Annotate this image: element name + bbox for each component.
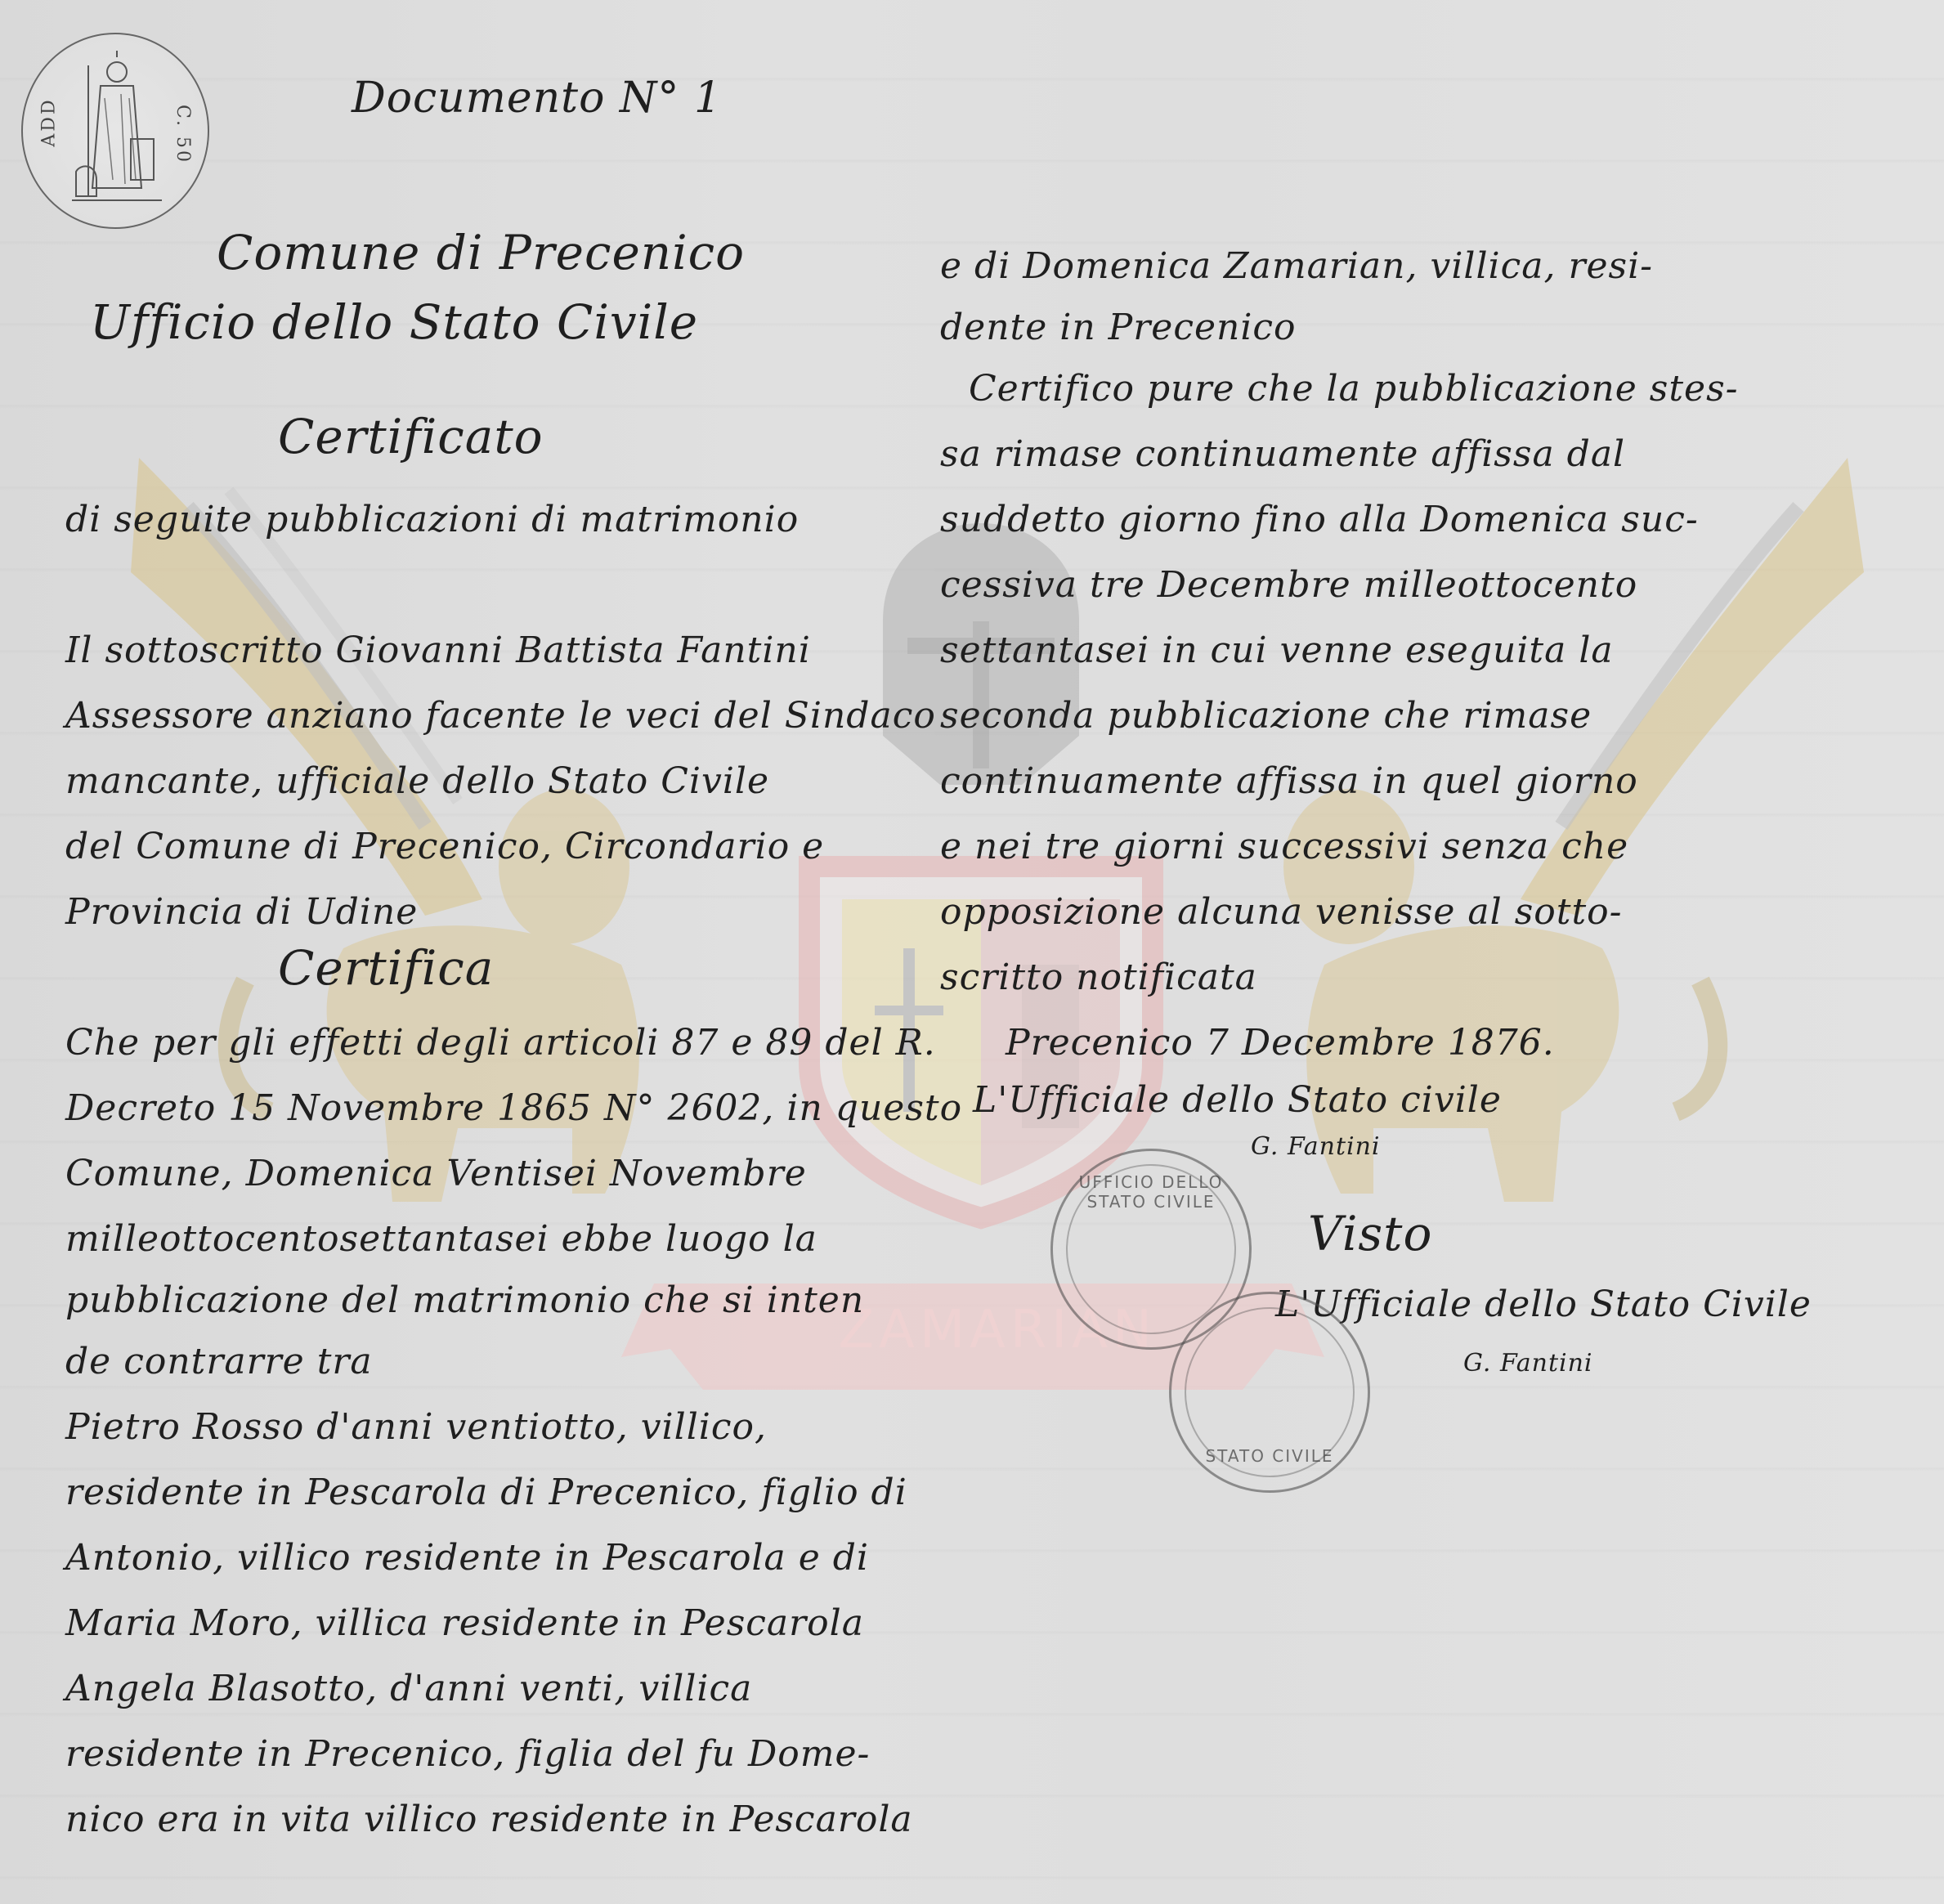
left-line-18: residente in Pescarola di Precenico, fig… — [65, 1472, 907, 1513]
left-line-19: Antonio, villico residente in Pescarola … — [65, 1537, 869, 1579]
right-line-3: Certifico pure che la pubblicazione stes… — [969, 368, 1739, 410]
right-line-10: e nei tre giorni successivi senza che — [940, 826, 1628, 867]
seal-1-text: UFFICIO DELLO STATO CIVILE — [1053, 1172, 1249, 1212]
left-line-8: del Comune di Precenico, Circondario e — [65, 826, 824, 867]
left-line-23: nico era in vita villico residente in Pe… — [65, 1799, 913, 1840]
stamp-left-text: ADD — [39, 97, 60, 146]
right-line-7: settantasei in cui venne eseguita la — [940, 629, 1614, 671]
document-page: ZAMARIAN ADD C. 50 Documento N° 1 Comune… — [0, 0, 1944, 1904]
left-line-4: di seguite pubblicazioni di matrimonio — [65, 499, 799, 540]
officer-signature: G. Fantini — [1251, 1132, 1381, 1161]
civil-registry-seal-2: STATO CIVILE — [1169, 1292, 1370, 1493]
right-line-12: scritto notificata — [940, 956, 1257, 998]
left-line-2: Ufficio dello Stato Civile — [90, 294, 698, 350]
right-line-2: dente in Precenico — [940, 307, 1297, 348]
visto-signature: G. Fantini — [1463, 1349, 1593, 1378]
left-line-11: Che per gli effetti degli articoli 87 e … — [65, 1022, 936, 1064]
left-line-13: Comune, Domenica Ventisei Novembre — [65, 1153, 807, 1194]
left-line-21: Angela Blasotto, d'anni venti, villica — [65, 1668, 752, 1709]
left-line-20: Maria Moro, villica residente in Pescaro… — [65, 1602, 864, 1644]
certifica-heading: Certifica — [278, 940, 494, 996]
right-line-8: seconda pubblicazione che rimase — [940, 695, 1592, 737]
left-line-12: Decreto 15 Novembre 1865 N° 2602, in que… — [65, 1087, 962, 1129]
left-line-6: Assessore anziano facente le veci del Si… — [65, 695, 936, 737]
left-line-9: Provincia di Udine — [65, 891, 418, 933]
revenue-stamp: ADD C. 50 — [21, 33, 209, 229]
left-line-16: de contrarre tra — [65, 1341, 373, 1382]
place-date-line: Precenico 7 Decembre 1876. — [1006, 1022, 1555, 1064]
left-line-17: Pietro Rosso d'anni ventiotto, villico, — [65, 1406, 767, 1448]
left-line-1: Comune di Precenico — [217, 225, 745, 280]
visto-officer-line: L'Ufficiale dello Stato Civile — [1275, 1284, 1812, 1325]
visto-label: Visto — [1308, 1206, 1432, 1261]
left-line-22: residente in Precenico, figlia del fu Do… — [65, 1733, 870, 1775]
right-line-1: e di Domenica Zamarian, villica, resi- — [940, 245, 1653, 287]
left-line-5: Il sottoscritto Giovanni Battista Fantin… — [65, 629, 811, 671]
officer-title-line: L'Ufficiale dello Stato civile — [973, 1079, 1502, 1121]
right-line-6: cessiva tre Decembre milleottocento — [940, 564, 1637, 606]
document-number-heading: Documento N° 1 — [352, 74, 722, 123]
certificate-title: Certificato — [278, 409, 544, 464]
left-line-7: mancante, ufficiale dello Stato Civile — [65, 760, 769, 802]
right-line-11: opposizione alcuna venisse al sotto- — [940, 891, 1623, 933]
left-line-14: milleottocentosettantasei ebbe luogo la — [65, 1218, 817, 1260]
italia-figure-icon — [64, 49, 170, 213]
stamp-value-text: C. 50 — [172, 105, 193, 164]
left-line-15: pubblicazione del matrimonio che si inte… — [65, 1279, 864, 1321]
right-line-9: continuamente affissa in quel giorno — [940, 760, 1638, 802]
seal-2-text: STATO CIVILE — [1171, 1446, 1368, 1466]
right-line-4: sa rimase continuamente affissa dal — [940, 433, 1625, 475]
right-line-5: suddetto giorno fino alla Domenica suc- — [940, 499, 1699, 540]
